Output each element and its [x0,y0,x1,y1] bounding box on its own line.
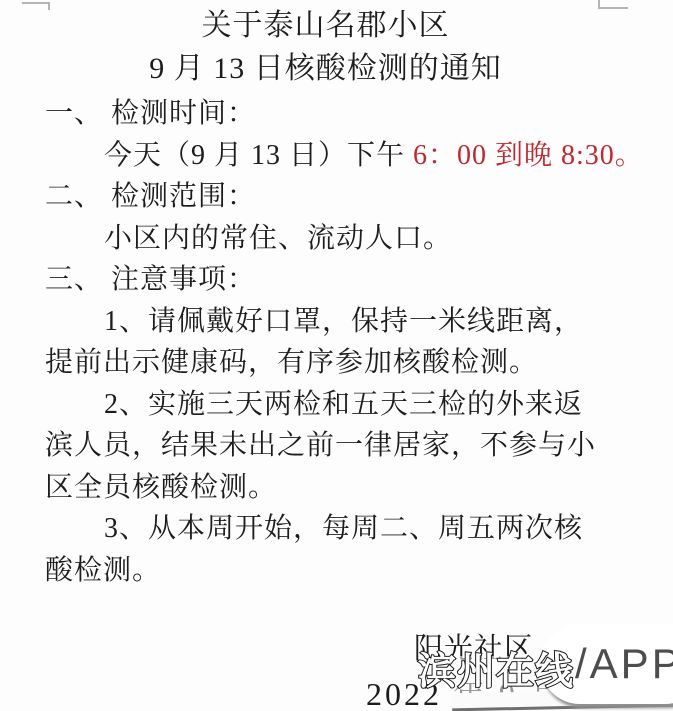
testing-scope-line: 小区内的常住、流动人口。 [0,218,673,260]
note-2-line-2: 滨人员，结果未出之前一律居家，不参与小 [0,425,673,467]
note-2-line-3: 区全员核酸检测。 [0,467,673,509]
watermark-site-name: 滨州在线 [418,650,574,694]
note-3-line-1: 3、从本周开始，每周二、周五两次核 [0,508,673,550]
note-1-line-1: 1、请佩戴好口罩，保持一米线距离， [0,301,673,343]
testing-time-text: 今天（9 月 13 日）下午 [104,140,413,171]
notice-body: 一、 检测时间： 今天（9 月 13 日）下午 6：00 到晚 8:30。 二、… [0,93,673,591]
crop-mark-left [22,2,50,10]
notice-title: 关于泰山名郡小区 9 月 13 日核酸检测的通知 [0,0,673,90]
testing-time-highlight: 6：00 到晚 8:30。 [413,140,644,171]
notice-document: 关于泰山名郡小区 9 月 13 日核酸检测的通知 一、 检测时间： 今天（9 月… [0,0,673,711]
note-1-line-2: 提前出示健康码，有序参加核酸检测。 [0,342,673,384]
section-3-heading: 三、 注意事项： [0,259,673,301]
section-1-heading: 一、 检测时间： [0,93,673,135]
notice-title-line2: 9 月 13 日核酸检测的通知 [0,47,651,90]
testing-time-line: 今天（9 月 13 日）下午 6：00 到晚 8:30。 [0,135,673,177]
section-2-heading: 二、 检测范围： [0,176,673,218]
crop-mark-right [598,0,628,9]
note-2-line-1: 2、实施三天两检和五天三检的外来返 [0,384,673,426]
notice-title-line1: 关于泰山名郡小区 [0,4,651,47]
watermark-app-label: /APP [575,634,673,694]
note-3-line-2: 酸检测。 [0,550,673,592]
